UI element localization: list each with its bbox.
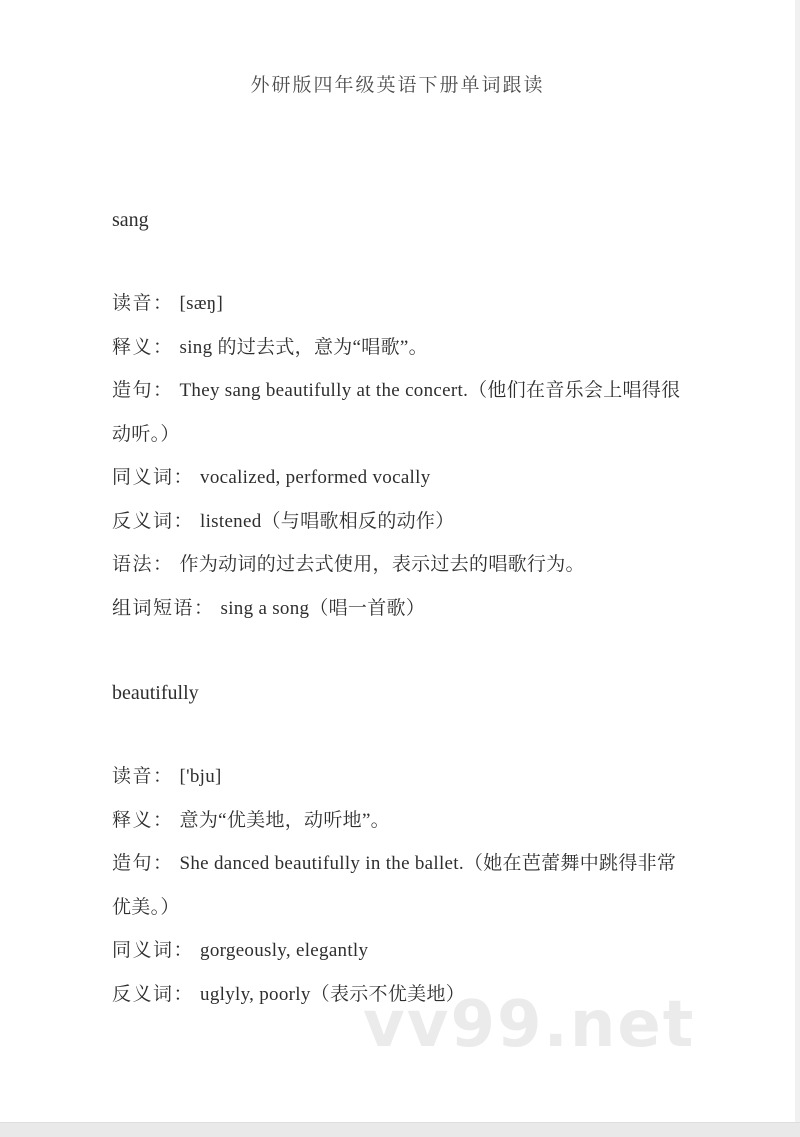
entry-line-pronunciation: 读音：[sæŋ] bbox=[112, 282, 688, 326]
line-label: 读音： bbox=[112, 766, 180, 787]
document-page: 外研版四年级英语下册单词跟读 sang 读音：[sæŋ] 释义：sing 的过去… bbox=[0, 0, 795, 1122]
entry-line-definition: 释义：意为“优美地，动听地”。 bbox=[112, 799, 688, 843]
entry-line-synonyms: 同义词：vocalized, performed vocally bbox=[112, 456, 688, 500]
viewer-bottom-gutter bbox=[0, 1122, 800, 1137]
line-label: 同义词： bbox=[112, 940, 200, 961]
document-content: sang 读音：[sæŋ] 释义：sing 的过去式，意为“唱歌”。 造句：Th… bbox=[112, 207, 688, 1016]
line-label: 读音： bbox=[112, 293, 180, 314]
entry-line-grammar: 语法：作为动词的过去式使用，表示过去的唱歌行为。 bbox=[112, 543, 688, 587]
line-text: uglyly, poorly（表示不优美地） bbox=[200, 984, 465, 1005]
line-text: [sæŋ] bbox=[180, 293, 224, 314]
word-entry-beautifully: beautifully 读音：['bju] 释义：意为“优美地，动听地”。 造句… bbox=[112, 680, 688, 1016]
entry-line-phrase: 组词短语：sing a song（唱一首歌） bbox=[112, 587, 688, 631]
line-text: sing a song（唱一首歌） bbox=[221, 598, 426, 619]
line-text: gorgeously, elegantly bbox=[200, 940, 368, 961]
line-label: 释义： bbox=[112, 337, 180, 358]
entry-line-pronunciation: 读音：['bju] bbox=[112, 755, 688, 799]
entry-word: beautifully bbox=[112, 680, 688, 706]
word-entry-sang: sang 读音：[sæŋ] 释义：sing 的过去式，意为“唱歌”。 造句：Th… bbox=[112, 207, 688, 630]
line-label: 同义词： bbox=[112, 467, 200, 488]
entry-lines: 读音：[sæŋ] 释义：sing 的过去式，意为“唱歌”。 造句：They sa… bbox=[112, 282, 688, 630]
page-title: 外研版四年级英语下册单词跟读 bbox=[0, 0, 795, 99]
entry-line-antonyms: 反义词：uglyly, poorly（表示不优美地） bbox=[112, 973, 688, 1017]
entry-line-synonyms: 同义词：gorgeously, elegantly bbox=[112, 929, 688, 973]
line-label: 反义词： bbox=[112, 511, 200, 532]
line-text: 意为“优美地，动听地”。 bbox=[180, 810, 390, 831]
line-text: listened（与唱歌相反的动作） bbox=[200, 511, 455, 532]
entry-line-example: 造句：She danced beautifully in the ballet.… bbox=[112, 842, 688, 929]
entry-line-definition: 释义：sing 的过去式，意为“唱歌”。 bbox=[112, 326, 688, 370]
line-label: 语法： bbox=[112, 554, 180, 575]
line-label: 释义： bbox=[112, 810, 180, 831]
line-text: She danced beautifully in the ballet.（她在… bbox=[112, 853, 676, 918]
line-text: sing 的过去式，意为“唱歌”。 bbox=[180, 337, 428, 358]
line-text: ['bju] bbox=[180, 766, 222, 787]
line-label: 造句： bbox=[112, 853, 180, 874]
line-label: 反义词： bbox=[112, 984, 200, 1005]
entry-word: sang bbox=[112, 207, 688, 233]
line-label: 组词短语： bbox=[112, 598, 221, 619]
entry-lines: 读音：['bju] 释义：意为“优美地，动听地”。 造句：She danced … bbox=[112, 755, 688, 1016]
entry-line-antonyms: 反义词：listened（与唱歌相反的动作） bbox=[112, 500, 688, 544]
entry-line-example: 造句：They sang beautifully at the concert.… bbox=[112, 369, 688, 456]
line-text: 作为动词的过去式使用，表示过去的唱歌行为。 bbox=[180, 554, 585, 575]
line-text: They sang beautifully at the concert.（他们… bbox=[112, 380, 680, 445]
line-label: 造句： bbox=[112, 380, 180, 401]
line-text: vocalized, performed vocally bbox=[200, 467, 431, 488]
